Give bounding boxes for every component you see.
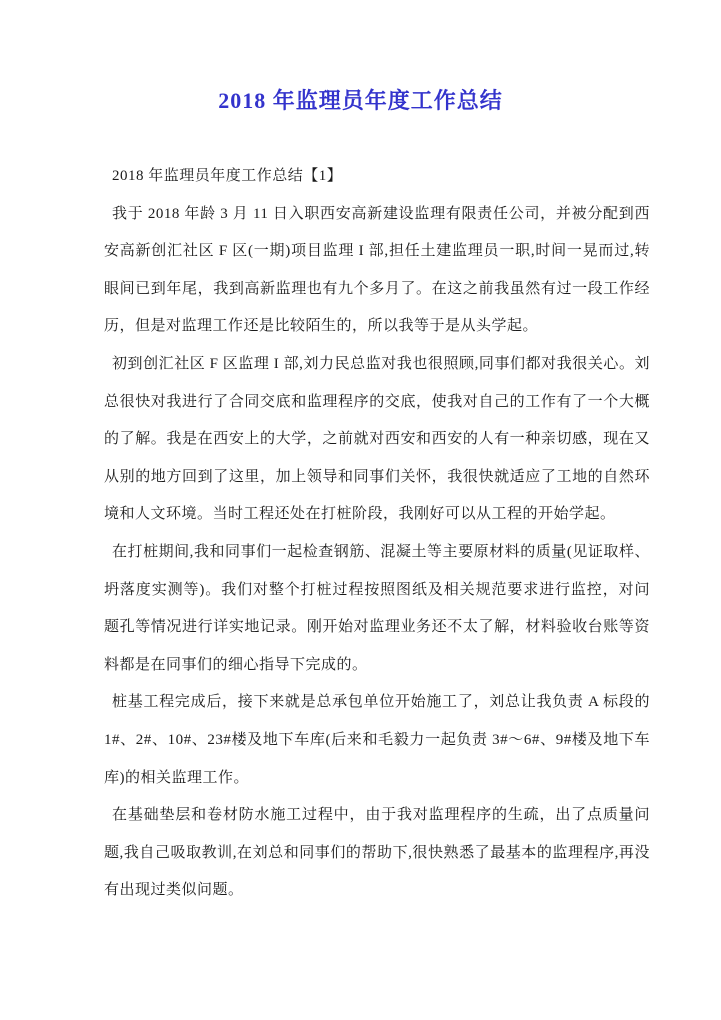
document-page: 2018 年监理员年度工作总结 2018 年监理员年度工作总结【1】 我于 20…: [0, 0, 721, 1020]
document-title: 2018 年监理员年度工作总结: [0, 0, 721, 118]
paragraph-2: 初到创汇社区 F 区监理 I 部,刘力民总监对我也很照顾,同事们都对我很关心。刘…: [104, 346, 650, 534]
paragraph-4: 桩基工程完成后，接下来就是总承包单位开始施工了，刘总让我负责 A 标段的 1#、…: [104, 684, 650, 797]
paragraph-3: 在打桩期间,我和同事们一起检查钢筋、混凝土等主要原材料的质量(见证取样、坍落度实…: [104, 534, 650, 684]
document-subtitle: 2018 年监理员年度工作总结【1】: [104, 158, 650, 196]
paragraph-5: 在基础垫层和卷材防水施工过程中，由于我对监理程序的生疏，出了点质量问题,我自己吸…: [104, 797, 650, 910]
document-body: 2018 年监理员年度工作总结【1】 我于 2018 年龄 3 月 11 日入职…: [104, 158, 650, 910]
paragraph-1: 我于 2018 年龄 3 月 11 日入职西安高新建设监理有限责任公司，并被分配…: [104, 196, 650, 346]
